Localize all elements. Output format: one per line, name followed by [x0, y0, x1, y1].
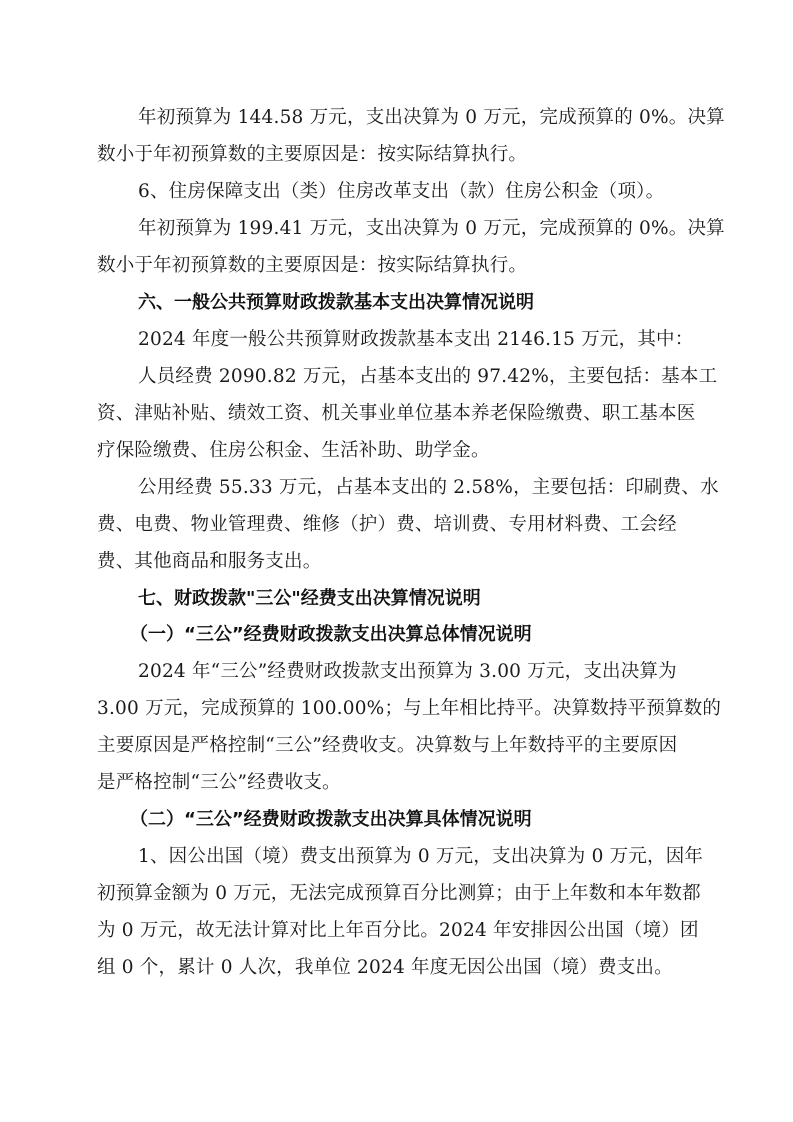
section-heading-7: 七、财政拨款"三公"经费支出决算情况说明: [138, 586, 738, 612]
paragraph-line: 费、其他商品和服务支出。: [97, 549, 697, 575]
paragraph-line: 年初预算为 144.58 万元，支出决算为 0 万元，完成预算的 0%。决算: [138, 105, 738, 131]
paragraph-line: 组 0 个，累计 0 人次，我单位 2024 年度无因公出国（境）费支出。: [97, 955, 697, 981]
paragraph-line: 年初预算为 199.41 万元，支出决算为 0 万元，完成预算的 0%。决算: [138, 216, 738, 242]
paragraph-line: 2024 年“三公”经费财政拨款支出预算为 3.00 万元，支出决算为: [138, 659, 738, 685]
paragraph-line: 资、津贴补贴、绩效工资、机关事业单位基本养老保险缴费、职工基本医: [97, 401, 697, 427]
subsection-heading-1: （一）“三公”经费财政拨款支出决算总体情况说明: [130, 622, 730, 648]
paragraph-line: 是严格控制“三公”经费收支。: [97, 770, 697, 796]
document-page: 年初预算为 144.58 万元，支出决算为 0 万元，完成预算的 0%。决算 数…: [0, 0, 793, 1122]
paragraph-line: 1、因公出国（境）费支出预算为 0 万元，支出决算为 0 万元，因年: [138, 844, 738, 870]
paragraph-line: 初预算金额为 0 万元，无法完成预算百分比测算；由于上年数和本年数都: [97, 881, 697, 907]
paragraph-line: 公用经费 55.33 万元，占基本支出的 2.58%，主要包括：印刷费、水: [138, 475, 738, 501]
paragraph-line: 2024 年度一般公共预算财政拨款基本支出 2146.15 万元，其中：: [138, 327, 738, 353]
subsection-heading-2: （二）“三公”经费财政拨款支出决算具体情况说明: [130, 807, 730, 833]
paragraph-line: 6、住房保障支出（类）住房改革支出（款）住房公积金（项）。: [138, 179, 738, 205]
paragraph-line: 数小于年初预算数的主要原因是：按实际结算执行。: [97, 253, 697, 279]
paragraph-line: 人员经费 2090.82 万元，占基本支出的 97.42%，主要包括：基本工: [138, 364, 738, 390]
paragraph-line: 3.00 万元，完成预算的 100.00%；与上年相比持平。决算数持平预算数的: [97, 696, 697, 722]
paragraph-line: 为 0 万元，故无法计算对比上年百分比。2024 年安排因公出国（境）团: [97, 918, 697, 944]
paragraph-line: 疗保险缴费、住房公积金、生活补助、助学金。: [97, 438, 697, 464]
section-heading-6: 六、一般公共预算财政拨款基本支出决算情况说明: [138, 290, 738, 316]
paragraph-line: 数小于年初预算数的主要原因是：按实际结算执行。: [97, 142, 697, 168]
paragraph-line: 主要原因是严格控制“三公”经费收支。决算数与上年数持平的主要原因: [97, 733, 697, 759]
paragraph-line: 费、电费、物业管理费、维修（护）费、培训费、专用材料费、工会经: [97, 512, 697, 538]
